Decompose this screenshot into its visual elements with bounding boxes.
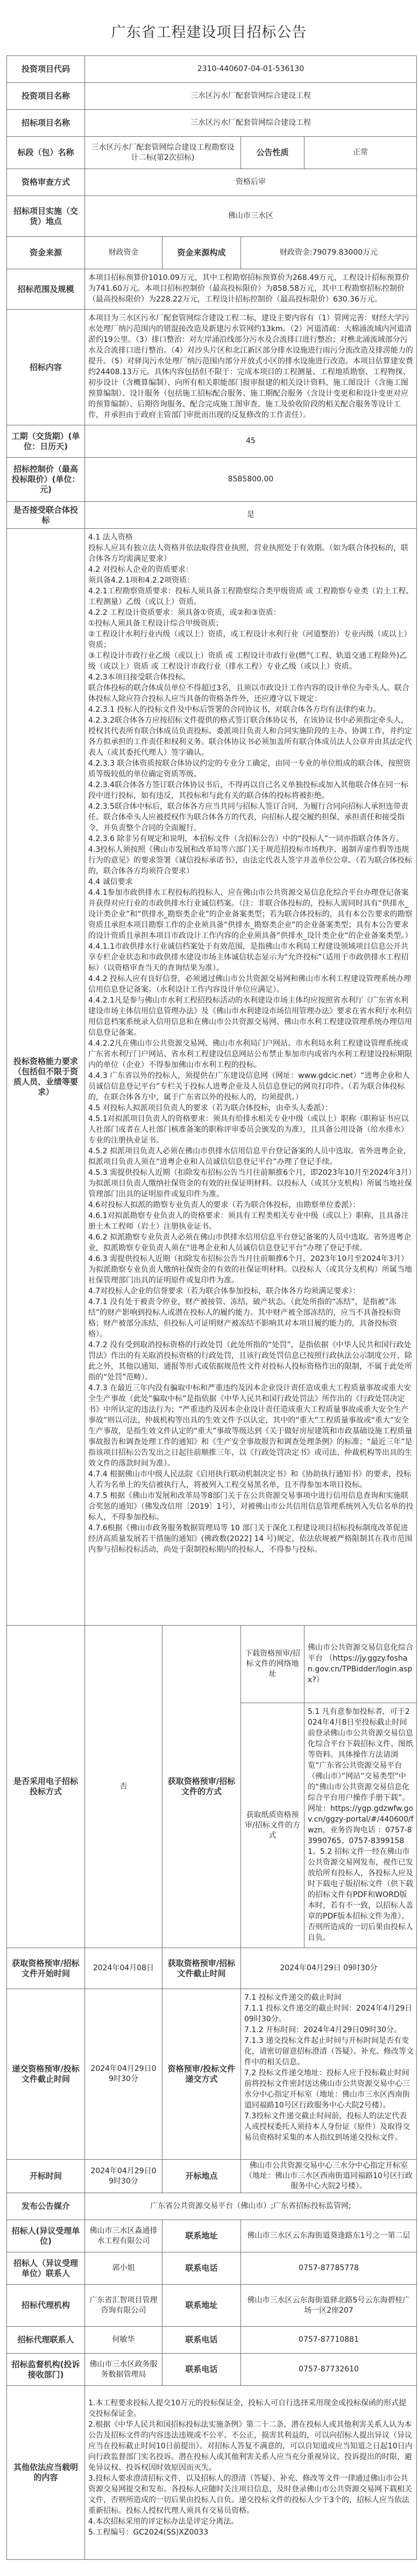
row-tenderer: 招标人(异议受理单位) 佛山市三水区淼通排水工程有限公司 联系地址 佛山市三水区… [7,2220,417,2252]
notice-nature-value: 正常 [304,137,417,169]
download-url-label: 下载资格预审/招标文件的网络地址 [241,1626,304,1703]
row-requirements: 投标资格能力要求（包括但不限于资质人员、业绩等要求） 4.1 法人资格投标人应具… [7,529,417,1626]
text-line: 4.4.1.1市政供排水行业诚信档案处于有效范围，是指佛山市水利局工程建设领域项… [88,941,414,974]
row-location: 招标项目实施（交货）地点 佛山市三水区 [7,196,417,237]
row-media: 发布公告媒介 广东省公共资源交易平台（佛山市）;广东省招标投标监管网; [7,2193,417,2220]
text-line: 4.2.3.2联合体各方应按招标文件提供的格式签订联合体协议书，在该协议书中必须… [88,715,414,758]
agency-address-label: 联系地址 [162,2285,241,2327]
text-line: 4.5.3 需提供投标人近期（扣除发布招标公告当月往前顺推6个月，即2023年1… [88,1167,414,1200]
doc-start-label: 获取资格预审/招标文件开始时间 [7,1948,85,1989]
qualification-method-value: 资格后审 [85,169,417,196]
tenderer-address-value: 佛山市三水区云东海街道葵逢路东1号之一第二层 [241,2220,417,2252]
consortium-value: 是 [85,502,417,529]
section-name-value: 三水区污水厂配套管网综合建设工程勘察设计二标(第2次招标) [85,137,241,169]
tenderer-label: 招标人(异议受理单位) [7,2220,85,2252]
row-submission: 递交资格预审/投标文件截止时间 2024年04月29日09时30分 资格预审/投… [7,1989,417,2160]
row-max-price: 招标控制价（最高投标限价）(单位：元) 8585800.00 [7,458,417,502]
max-price-label: 招标控制价（最高投标限价）(单位：元) [7,458,85,502]
text-line: 投标人应具有独立法人资格并依法取得营业执照，营业执照处于有效期。（如为联合体投标… [88,543,414,564]
text-line: ①投标人须具备工程设计综合甲级资质； [88,618,414,629]
text-line: 4.4.2 投标人应有良好信誉，必须通过佛山市公共资源交易网和佛山市水利工程建设… [88,974,414,995]
row-agency: 招标代理机构 广东省汇智项目管理咨询有限公司 联系地址 佛山市三水区云东海街道驿… [7,2285,417,2327]
media-value: 广东省公共资源交易平台（佛山市）;广东省招标投标监管网; [85,2193,417,2220]
supervisor-phone-label: 联系电话 [162,2354,241,2386]
agency-phone-label: 联系电话 [162,2327,241,2354]
funding-composition-value: 财政资金:79079.83000万元 [241,237,417,269]
submission-deadline-value: 2024年04月29日09时30分 [85,1989,162,2160]
tender-project-name-value: 三水区污水厂配套管网综合建设工程 [85,110,417,137]
row-scope: 招标范围及规模 本项目招标预算价1010.09万元，其中工程勘察招标预算价为26… [7,269,417,310]
opening-time-label: 开标时间 [7,2160,85,2193]
agency-contact-label: 招标代理联系人 [7,2327,85,2354]
tenderer-address-label: 联系地址 [162,2220,241,2252]
announcement-page: 广东省工程建设项目招标公告 投资项目代码 2310-440607-04-01-5… [0,0,418,2576]
notice-nature-label: 公告性质 [241,137,304,169]
content-label: 招标内容 [7,310,85,425]
row-opening: 开标时间 2024年04月29日09时30分 开标地点 佛山市公共资源交易中心三… [7,2160,417,2193]
page-title: 广东省工程建设项目招标公告 [0,0,418,55]
text-line: 4.6对投标人拟派的勘察专业负责人的要求（若为联合体投标，由勘察单位委派）： [88,1200,414,1210]
row-content: 招标内容 本项目为三水区污水厂配套管网综合建设工程二标，建设主要内容有（1）管网… [7,310,417,425]
doc-end-label: 获取资格预审/招标文件截止时间 [162,1948,241,1989]
opening-place-value: 佛山市公共资源交易中心三水分中心指定开标室（地址：佛山市三水区西南街道同福路10… [241,2160,417,2193]
tender-project-name-label: 招标项目名称 [7,110,85,137]
row-project-code: 投资项目代码 2310-440607-04-01-536130 [7,56,417,83]
text-line: 4.4.2.2凡在佛山市公共资源交易网、佛山市水利局门户网站、市水利局水利工程建… [88,1038,414,1070]
text-line: 4.6.1对拟派勘察专业负责人的资格要求：须具有工程类相关专业中级（或以上）职称… [88,1210,414,1232]
duration-label: 工期（交货期）(单位：日历天) [7,425,85,458]
text-line: 1.本工程要求投标人提交10万元的投标保证金，投标人可自行选择采用现金或投标保函… [88,2398,414,2419]
agency-label: 招标代理机构 [7,2285,85,2327]
text-line: 4.6.3 需提供投标人近期（扣除发布招标公告当月往前顺推6个月，2023年10… [88,1254,414,1286]
tenderer-contact-label: 招标人（异议受理单位）联系人 [7,2252,85,2285]
text-line: 4.2.2 工程设计资质要求：须具备①资质，或②和③资质： [88,607,414,618]
opening-time-value: 2024年04月29日09时30分 [85,2160,162,2193]
tenderer-phone-label: 联系电话 [162,2252,241,2285]
text-line: ③工程设计市政行业乙级（或以上）资质 或 工程设计市政行业(燃气工程、轨道交通工… [88,650,414,672]
project-name-value: 三水区污水厂配套管网综合建设工程 [85,83,417,110]
row-qualification-method: 资格审查方式 资格后审 [7,169,417,196]
submission-method-label: 资格预审/投标文件递交方式 [162,1989,241,2160]
text-line: ②工程设计水利行业丙级（或以上）资质，或工程设计水利行业（河道整治）专业丙级（或… [88,629,414,650]
content-value: 本项目为三水区污水厂配套管网综合建设工程二标，建设主要内容有（1）管网完善：财经… [85,310,417,425]
row-doc-time: 获取资格预审/招标文件开始时间 2024年04月08日 获取资格预审/招标文件截… [7,1948,417,1989]
text-line: 4.7.1 没有处于被责令停业，财产被接管、冻结，破产状态。（此处所指的“冻结”… [88,1297,414,1340]
text-line: 4.5 对投标人拟派项目负责人的要求（若为联合体投标，由牵头人委派）： [88,1103,414,1114]
scope-value: 本项目招标预算价1010.09万元，其中工程勘察招标预算价为268.49万元，工… [85,269,417,310]
text-line: 4.5.2 拟派项目负责人必须在佛山市供排水信用信息平台登记备案的人员中选取。省… [88,1146,414,1167]
funding-label: 资金来源 [7,237,85,269]
duration-value: 45 [85,425,417,458]
text-line: 4.5.1对拟派项目负责人的资格要求：须具有给排水相关专业中级（或以上）职称（职… [88,1114,414,1146]
opening-place-label: 开标地点 [162,2160,241,2193]
text-line: 4.2.1工程勘察资质要求：投标人须具备工程勘察综合类甲级资质 或 工程勘察专业… [88,586,414,607]
text-line: 4.7.5 根据《佛山市发展和改革局等8部门关于在公共资源交易事项中进行信用信息… [88,1490,414,1523]
tenderer-phone-value: 0757-87785778 [241,2252,417,2285]
funding-composition-label: 资金来源构成 [162,237,241,269]
text-line: 4.2.3.3 联合体资质按联合体协议约定的专业分工确定，由同一专业的单位组成的… [88,758,414,780]
requirements-value: 4.1 法人资格投标人应具有独立法人资格并依法取得营业执照，营业执照处于有效期。… [85,529,417,1626]
other-list: 1.本工程要求投标人提交10万元的投标保证金，投标人可自行选择采用现金或投标保函… [88,2398,414,2538]
tenderer-contact-value: 郭小姐 [85,2252,162,2285]
electronic-label: 是否采用电子招标投标方式 [7,1626,85,1948]
other-label: 其他依法应当载明的内容 [7,2386,85,2560]
text-line: 3.投标人要求澄清招标文件，以及招标人的澄清（答疑）、补充、修改等文件一律通过佛… [88,2473,414,2516]
consortium-label: 是否接受联合体投标 [7,502,85,529]
agency-phone-value: 0757-87710881 [241,2327,417,2354]
download-url-value[interactable]: 佛山市公共资源交易信息化综合平台 （https://jy.ggzy.foshan… [304,1626,417,1703]
text-line: 2.根据《中华人民共和国招标投标法实施条例》第二十二条，潜在投标人或其他利害关系… [88,2419,414,2473]
row-tenderer-contact: 招标人（异议受理单位）联系人 郭小姐 联系电话 0757-87785778 [7,2252,417,2285]
text-line: 4.2.3.1 投标人的投标文件及中标后签署的合同协议书，对联合体各方均有法律约… [88,704,414,715]
text-line: 4.7.2 没有受到取消投标资格的行政处罚（此处所指的“处罚”，是指依据《中华人… [88,1340,414,1383]
text-line: 4.4.2.1凡是参与佛山市水利工程招投标活动的水利建设市场主体均应按照省水利厅… [88,995,414,1038]
agency-address-value: 佛山市三水区云东海街道驿北路5号云东海碧桂广场一区2座207 [241,2285,417,2327]
row-electronic: 是否采用电子招标投标方式 否 获取资格预审/招标文件的方式 下载资格预审/招标文… [7,1626,417,1703]
paper-method-label: 获取纸质资格预审/招标文件的方式 [241,1703,304,1948]
text-line: 4.本次招标采用的评定标办法是评定分离法。 [88,2516,414,2527]
max-price-value: 8585800.00 [85,458,417,502]
row-agency-contact: 招标代理联系人 何敏华 联系电话 0757-87710881 [7,2327,417,2354]
text-line: 4.7.6根据《佛山市政务服务数据管理局等 10 部门关于深化工程建设项目招标投… [88,1523,414,1555]
text-line: 4.6.2 拟派勘察专业负责人必须在佛山市供排水信用信息平台登记备案的人员中选取… [88,1232,414,1254]
row-section-name: 标段（包）名称 三水区污水厂配套管网综合建设工程勘察设计二标(第2次招标) 公告… [7,137,417,169]
requirements-list: 4.1 法人资格投标人应具有独立法人资格并依法取得营业执照，营业执照处于有效期。… [88,532,414,1555]
location-label: 招标项目实施（交货）地点 [7,196,85,237]
scope-label: 招标范围及规模 [7,269,85,310]
text-line: 4.7对投标人企业的信誉要求（若为联合体参加投标，联合体各方均须满足要求）： [88,1286,414,1297]
row-duration: 工期（交货期）(单位：日历天) 45 [7,425,417,458]
row-funding: 资金来源 财政资金 资金来源构成 财政资金:79079.83000万元 [7,237,417,269]
text-line: 4.4.1参加市政供排水工程投标的投标人，应在佛山市公共资源交易信息化综合平台办… [88,887,414,941]
funding-value: 财政资金 [85,237,162,269]
agency-value: 广东省汇智项目管理咨询有限公司 [85,2285,162,2327]
text-line: 4.3投标人须按照《佛山市发展和改革局等六部门关于规范招投标市场秩序、遏制弄虚作… [88,844,414,877]
text-line: 5.工程编号：GC2024(SS)XZ0033 [88,2527,414,2538]
submission-method-value: 7.1 投标文件递交的截止时间 7.1.1 投标文件递交的截止时间：2024年4… [241,1989,417,2160]
row-supervisor: 招标监督机构(投诉接收部门) 佛山市三水区政务服务数据管理局 联系电话 0757… [7,2354,417,2386]
text-line: 4.2.3.4联合体各方签订联合体协议书后，不得再以自己名义单独投标或加入其他联… [88,780,414,801]
text-line: 4.2.3.6 除非另有规定和说明，本招标文件（含招标公告）中的“投标人”一词亦… [88,834,414,844]
submission-deadline-label: 递交资格预审/投标文件截止时间 [7,1989,85,2160]
doc-end-value: 2024年04月29日 09时30分 [241,1948,417,1989]
location-value: 佛山市三水区 [85,196,417,237]
text-line: 4.2.3本项目接受联合体投标。 [88,672,414,683]
supervisor-label: 招标监督机构(投诉接收部门) [7,2354,85,2386]
text-line: 须具备4.2.1项和4.2.2项资质： [88,575,414,586]
row-other: 其他依法应当载明的内容 1.本工程要求投标人提交10万元的投标保证金，投标人可自… [7,2386,417,2560]
requirements-label: 投标资格能力要求（包括但不限于资质人员、业绩等要求） [7,529,85,1626]
text-line: 4.2 对投标人企业的资质要求： [88,564,414,575]
other-value: 1.本工程要求投标人提交10万元的投标保证金，投标人可自行选择采用现金或投标保函… [85,2386,417,2560]
paper-method-value: 5.1 凡有意参加投标者，可于2024年4月8日至投标截止时间前登录佛山市公共资… [304,1703,417,1948]
media-label: 发布公告媒介 [7,2193,85,2220]
text-line: 4.2.3.5联合体中标后，联合体各方应当共同与招标人签订合同，为履行合同向招标… [88,801,414,834]
announcement-table: 投资项目代码 2310-440607-04-01-536130 投资项目名称 三… [6,55,417,2560]
project-code-label: 投资项目代码 [7,56,85,83]
text-line: 4.7.3 在最近三年内没有骗取中标和严重违约及因本企业设计责任造成重大工程质量… [88,1383,414,1469]
row-project-name: 投资项目名称 三水区污水厂配套管网综合建设工程 [7,83,417,110]
project-name-label: 投资项目名称 [7,83,85,110]
row-tender-project-name: 招标项目名称 三水区污水厂配套管网综合建设工程 [7,110,417,137]
supervisor-value: 佛山市三水区政务服务数据管理局 [85,2354,162,2386]
text-line: 4.4.3 广东省以外的投标人，须提供在广东建设信息网（网址：www.gdcic… [88,1070,414,1103]
tenderer-value: 佛山市三水区淼通排水工程有限公司 [85,2220,162,2252]
text-line: 4.1 法人资格 [88,532,414,543]
row-consortium: 是否接受联合体投标 是 [7,502,417,529]
electronic-value: 否 [85,1626,162,1948]
text-line: 4.4 诚信要求 [88,877,414,887]
supervisor-phone-value: 0757-87732610 [241,2354,417,2386]
agency-contact-value: 何敏华 [85,2327,162,2354]
doc-method-label: 获取资格预审/招标文件的方式 [162,1626,241,1948]
doc-start-value: 2024年04月08日 [85,1948,162,1989]
text-line: 4.7.4 根据佛山市中级人民法院《启用执行联动机制决定书》和《协助执行通知书》… [88,1469,414,1490]
section-name-label: 标段（包）名称 [7,137,85,169]
project-code-value: 2310-440607-04-01-536130 [85,56,417,83]
qualification-method-label: 资格审查方式 [7,169,85,196]
text-line: 联合体投标的联合体成员单位不得超过3名，且须以市政设计工作内容的设计单位为牵头人… [88,683,414,704]
